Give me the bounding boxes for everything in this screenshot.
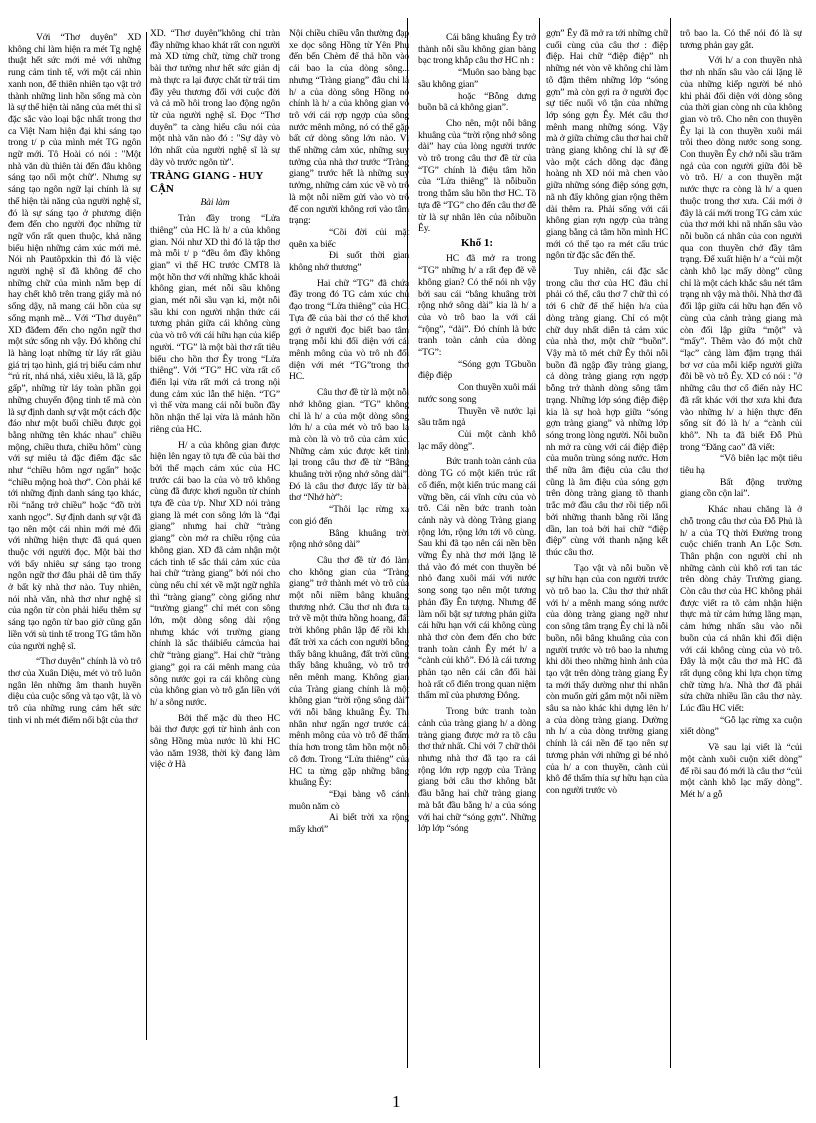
paragraph: Về sau lại viết là “củi một cành xuôi cu… xyxy=(680,742,802,801)
poem-quote: “Đại bàng vỗ cánh muôn năm cò xyxy=(289,789,409,812)
paragraph: Câu thơ đề từ đó làm cho không gian của … xyxy=(289,555,409,789)
paragraph: Hai chữ “TG” đã chứa đầy trong đó TG cảm… xyxy=(289,278,409,383)
paragraph: Với “Thơ duyên” XD không chỉ làm hiện ra… xyxy=(8,32,141,652)
paragraph: Khác nhau chăng là ở chỗ trong câu thơ c… xyxy=(680,504,802,715)
text-column-3: Nội chiều chiều vẫn thường đạp xe dọc sô… xyxy=(289,28,409,1068)
poem-quote: Ai biết trời xa rộng mấy khơi” xyxy=(289,812,409,835)
poem-quote: Con thuyền xuôi mái nước song song xyxy=(418,382,536,405)
poem-quote: “Sóng gợn TGbuồn điệp điệp xyxy=(418,359,536,382)
section-heading: Khổ 1: xyxy=(418,237,536,250)
poem-quote: hoặc “Bỗng dưng buồn bã cả không gian”. xyxy=(418,91,536,114)
paragraph: Tuy nhiên, cái đặc sắc trong câu thơ của… xyxy=(546,266,668,559)
poem-quote: “Gỗ lạc rừng xa cuộn xiết dòng” xyxy=(680,715,802,738)
document-page: Với “Thơ duyên” XD không chỉ làm hiện ra… xyxy=(0,0,816,1123)
paragraph: Tràn đầy trong “Lửa thiêng” của HC là h/… xyxy=(150,213,280,435)
paragraph: Bức tranh toàn cảnh của dòng TG có một k… xyxy=(418,456,536,702)
poem-quote: Thuyền về nước lại sầu trăm ngả xyxy=(418,406,536,429)
paragraph: “Thơ duyên” chính là vò trô thơ của Xuân… xyxy=(8,656,141,726)
column-divider xyxy=(539,18,540,1068)
paragraph: Trong bức tranh toàn cảnh của tràng gian… xyxy=(418,706,536,835)
text-column-1: Với “Thơ duyên” XD không chỉ làm hiện ra… xyxy=(8,28,141,1068)
paragraph: Tạo vật và nỗi buồn về sự hữu hạn của co… xyxy=(546,563,668,797)
text-column-6: trô bao la. Có thể nói đó là sự tương ph… xyxy=(680,28,802,1068)
paragraph: HC đã mở ra trong “TG” những h/ a rất đẹ… xyxy=(418,253,536,358)
poem-quote: “Vô biên lạc một tiêu tiêu hạ xyxy=(680,453,802,476)
page-number: 1 xyxy=(392,1092,401,1112)
poem-quote: Đi suốt thời gian không nhớ thương” xyxy=(289,250,409,273)
paragraph: Cho nên, một nỗi bâng khuâng của “trời r… xyxy=(418,118,536,235)
column-divider xyxy=(670,18,671,1068)
column-divider xyxy=(407,18,408,1068)
paragraph: Với h/ a con thuyền nhà thơ nh nhấn sâu … xyxy=(680,55,802,453)
text-column-2: XD. “Thơ duyên”không chỉ tràn đầy những … xyxy=(150,28,280,1068)
paragraph: H/ a của không gian được hiện lên ngay t… xyxy=(150,440,280,709)
section-heading: TRÀNG GIANG - HUY CẬN xyxy=(150,170,280,195)
poem-quote: “Muôn sao bàng bạc sầu không gian” xyxy=(418,67,536,90)
section-subheading: Bài làm xyxy=(150,197,280,209)
paragraph: Nội chiều chiều vẫn thường đạp xe dọc sô… xyxy=(289,28,409,227)
paragraph: Câu thơ đề từ là một nỗi nhớ không gian.… xyxy=(289,387,409,504)
column-divider xyxy=(146,32,147,1040)
poem-quote: “Thôi lạc rừng xa con gió đến xyxy=(289,504,409,527)
paragraph: trô bao la. Có thể nói đó là sự tương ph… xyxy=(680,28,802,51)
paragraph: Cái bâng khuâng Êy trở thành nỗi sầu khô… xyxy=(418,32,536,67)
poem-quote: Củi một cành khô lạc mấy dòng”. xyxy=(418,429,536,452)
paragraph: gợn” Êy đã mở ra tới những chữ cuối cùng… xyxy=(546,28,668,262)
paragraph: XD. “Thơ duyên”không chỉ tràn đầy những … xyxy=(150,28,280,168)
text-column-5: gợn” Êy đã mở ra tới những chữ cuối cùng… xyxy=(546,28,668,1068)
poem-quote: Bâng khuâng trời rộng nhớ sông dài” xyxy=(289,528,409,551)
poem-quote: “Cõi đời củi mặt quên xa biếc xyxy=(289,227,409,250)
paragraph: Bởi thế mặc dù theo HC bài thơ được gợi … xyxy=(150,713,280,772)
text-column-4: Cái bâng khuâng Êy trở thành nỗi sầu khô… xyxy=(418,28,536,1068)
poem-quote: Bất động trường giang cồn cộn lai”. xyxy=(680,477,802,500)
